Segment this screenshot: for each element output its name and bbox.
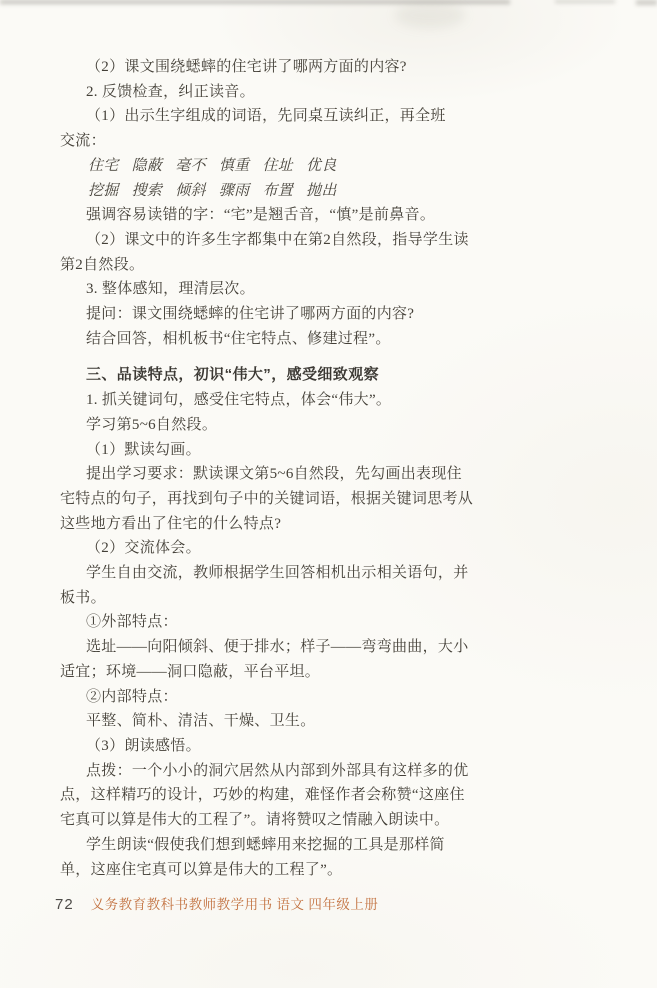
- vocab-word: 优良: [306, 158, 337, 174]
- vocab-word: 住宅: [88, 158, 119, 174]
- text-line: 这些地方看出了住宅的什么特点?: [60, 512, 472, 537]
- scan-artifact-top-mid: [555, 0, 615, 3]
- text-line: 学生朗读“假使我们想到蟋蟀用来挖掘的工具是那样简: [60, 833, 472, 858]
- vocab-word: 毫不: [175, 158, 206, 174]
- text-line: 3. 整体感知，理清层次。: [60, 277, 472, 302]
- text-line: 点拨：一个小小的洞穴居然从内部到外部具有这样多的优: [60, 759, 472, 784]
- vocab-word: 布置: [262, 183, 293, 199]
- footer-title: 义务教育教科书教师教学用书 语文 四年级上册: [91, 893, 379, 913]
- text-line: ①外部特点：: [60, 610, 472, 635]
- book-page: { "page": { "background": "#fbfaf6", "te…: [0, 0, 657, 988]
- vocab-word: 抛出: [306, 183, 337, 199]
- text-line: 第2自然段。: [60, 253, 472, 278]
- text-line: （1）出示生字组成的词语，先同桌互读纠正，再全班: [60, 104, 472, 129]
- text-line: ②内部特点：: [60, 685, 472, 710]
- vocab-word: 隐蔽: [132, 158, 163, 174]
- vocab-word: 倾斜: [175, 183, 206, 199]
- text-line: （1）默读勾画。: [60, 438, 472, 463]
- text-line: 宅真可以算是伟大的工程了”。请将赞叹之情融入朗读中。: [60, 808, 472, 833]
- text-line: 宅特点的句子，再找到句子中的关键词语，根据关键词思考从: [60, 487, 472, 512]
- text-line: 强调容易读错的字：“宅”是翘舌音，“慎”是前鼻音。: [60, 203, 472, 228]
- text-line: 2. 反馈检查，纠正读音。: [60, 80, 472, 105]
- text-line: 交流：: [60, 129, 472, 154]
- text-line: 单，这座住宅真可以算是伟大的工程了”。: [60, 858, 472, 883]
- text-line: 平整、简朴、清洁、干燥、卫生。: [60, 709, 472, 734]
- scan-artifact-blob: [395, 2, 465, 28]
- text-line: 选址——向阳倾斜、便于排水；样子——弯弯曲曲，大小: [60, 635, 472, 660]
- vocab-word: 挖掘: [88, 183, 119, 199]
- vocab-word: 慎重: [219, 158, 250, 174]
- scan-artifact-top-corner: [636, 0, 657, 5]
- text-line: 提问：课文围绕蟋蟀的住宅讲了哪两方面的内容?: [60, 302, 472, 327]
- text-line: 点，这样精巧的设计，巧妙的构建，难怪作者会称赞“这座住: [60, 783, 472, 808]
- text-line: （2）课文围绕蟋蟀的住宅讲了哪两方面的内容?: [60, 55, 472, 80]
- text-line: （2）交流体会。: [60, 536, 472, 561]
- text-line: 学习第5~6自然段。: [60, 413, 472, 438]
- page-number: 72: [55, 896, 74, 913]
- text-line: 1. 抓关键词句，感受住宅特点，体会“伟大”。: [60, 388, 472, 413]
- text-line: 适宜；环境——洞口隐蔽，平台平坦。: [60, 660, 472, 685]
- section-heading: 三、品读特点，初识“伟大”，感受细致观察: [60, 363, 472, 388]
- text-line: （2）课文中的许多生字都集中在第2自然段，指导学生读: [60, 228, 472, 253]
- vocab-line: 住宅隐蔽毫不慎重住址优良: [60, 154, 472, 179]
- vocab-line: 挖掘搜索倾斜骤雨布置抛出: [60, 179, 472, 204]
- text-line: 结合回答，相机板书“住宅特点、修建过程”。: [60, 327, 472, 352]
- text-line: 提出学习要求：默读课文第5~6自然段，先勾画出表现住: [60, 462, 472, 487]
- text-line: （3）朗读感悟。: [60, 734, 472, 759]
- vocab-word: 搜索: [132, 183, 163, 199]
- vocab-word: 骤雨: [219, 183, 250, 199]
- text-line: 学生自由交流，教师根据学生回答相机出示相关语句，并: [60, 561, 472, 586]
- text-line: 板书。: [60, 586, 472, 611]
- page-footer: 72 义务教育教科书教师教学用书 语文 四年级上册: [55, 893, 378, 913]
- page-body: （2）课文围绕蟋蟀的住宅讲了哪两方面的内容?2. 反馈检查，纠正读音。（1）出示…: [60, 55, 472, 882]
- vocab-word: 住址: [262, 158, 293, 174]
